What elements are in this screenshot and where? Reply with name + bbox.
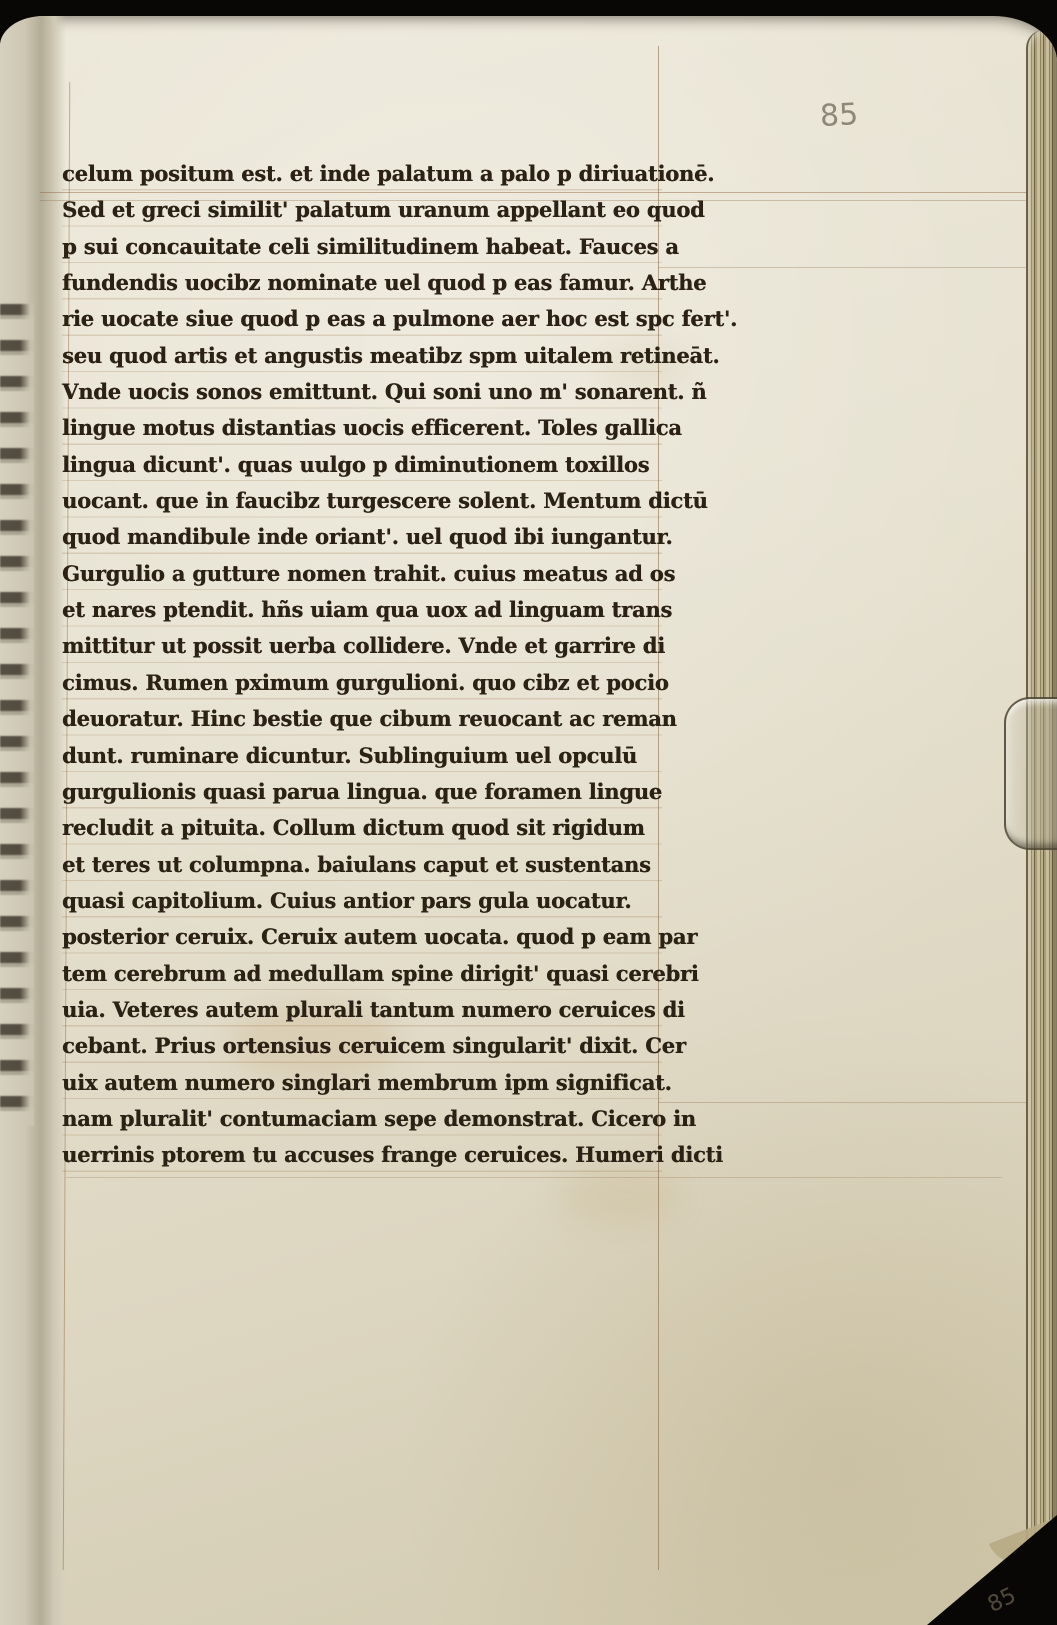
photograph-background: { "folio": { "number_top_right": "85", "… — [0, 0, 1057, 1625]
text-line: quod mandibule inde oriant'. uel quod ib… — [62, 519, 662, 555]
text-line: Sed et greci similit' palatum uranum app… — [62, 192, 662, 228]
text-line: celum positum est. et inde palatum a pal… — [62, 156, 662, 192]
text-line: quasi capitolium. Cuius antior pars gula… — [62, 883, 662, 919]
text-line: fundendis uocibz nominate uel quod p eas… — [62, 265, 662, 301]
text-line: lingue motus distantias uocis efficerent… — [62, 410, 662, 446]
text-line: uerrinis ptorem tu accuses frange ceruic… — [62, 1137, 662, 1173]
text-line: posterior ceruix. Ceruix autem uocata. q… — [62, 919, 662, 955]
text-line: cimus. Rumen pximum gurgulioni. quo cibz… — [62, 665, 662, 701]
text-line: cebant. Prius ortensius ceruicem singula… — [62, 1028, 662, 1064]
ruling-horizontal-margin-upper — [658, 267, 1032, 268]
text-line: seu quod artis et angustis meatibz spm u… — [62, 338, 662, 374]
text-line: nam pluralit' contumaciam sepe demonstra… — [62, 1101, 662, 1137]
text-line: dunt. ruminare dicuntur. Sublinguium uel… — [62, 738, 662, 774]
text-line: et teres ut columpna. baiulans caput et … — [62, 847, 662, 883]
text-line: deuoratur. Hinc bestie que cibum reuocan… — [62, 701, 662, 737]
ruling-horizontal-below-text — [66, 1177, 1002, 1178]
text-line: uia. Veteres autem plurali tantum numero… — [62, 992, 662, 1028]
text-line: gurgulionis quasi parua lingua. que fora… — [62, 774, 662, 810]
text-line: recludit a pituita. Collum dictum quod s… — [62, 810, 662, 846]
text-line: tem cerebrum ad medullam spine dirigit' … — [62, 956, 662, 992]
text-line: mittitur ut possit uerba collidere. Vnde… — [62, 628, 662, 664]
manuscript-page: 85 celum positum est. et inde palatum a … — [0, 16, 1057, 1625]
ruling-horizontal-margin-lower — [658, 1102, 1032, 1103]
text-line: p sui concauitate celi similitudinem hab… — [62, 229, 662, 265]
text-line: lingua dicunt'. quas uulgo p diminutione… — [62, 447, 662, 483]
manuscript-text-block: celum positum est. et inde palatum a pal… — [62, 156, 662, 1174]
facing-page-text-fragments — [0, 304, 34, 1126]
text-line: Gurgulio a gutture nomen trahit. cuius m… — [62, 556, 662, 592]
text-line: rie uocate siue quod p eas a pulmone aer… — [62, 301, 662, 337]
text-line: uix autem numero singlari membrum ipm si… — [62, 1065, 662, 1101]
folio-number-pencil: 85 — [819, 97, 859, 134]
text-line: Vnde uocis sonos emittunt. Qui soni uno … — [62, 374, 662, 410]
glass-page-weight — [1004, 697, 1057, 850]
text-line: uocant. que in faucibz turgescere solent… — [62, 483, 662, 519]
text-line: et nares ptendit. hñs uiam qua uox ad li… — [62, 592, 662, 628]
parchment-stain — [560, 1166, 680, 1226]
